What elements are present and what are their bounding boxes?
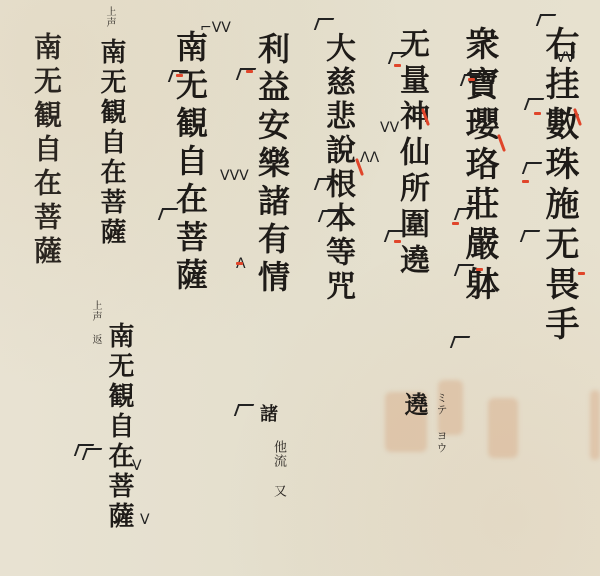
zigzag-mark: ᐯ xyxy=(140,512,150,528)
red-okoto-dot xyxy=(236,262,243,265)
sutra-column-1: 右挂數珠施无畏手 xyxy=(542,26,576,346)
column-3-tail-char: 遶 xyxy=(402,392,426,422)
red-okoto-dot xyxy=(522,180,529,183)
red-okoto-dot xyxy=(578,272,585,275)
zigzag-mark: ᐯ xyxy=(132,458,142,474)
red-okoto-dot xyxy=(394,64,401,67)
zigzag-mark: ᐯᐯᐯ xyxy=(220,168,249,184)
sutra-column-5: 利益安樂諸有情 xyxy=(256,32,288,298)
water-stain xyxy=(488,398,518,458)
manuscript-paper xyxy=(0,0,600,576)
column-7b-prefix: 上声 返 xyxy=(90,300,100,345)
red-okoto-dot xyxy=(468,78,475,81)
sutra-column-4: 大慈悲說根本等咒 xyxy=(322,32,352,304)
sutra-column-7b: 南无観自在菩薩 xyxy=(106,322,132,532)
zigzag-mark: ᐯᐯ xyxy=(556,50,575,66)
zigzag-mark: ᐱᐱ xyxy=(360,150,379,166)
red-okoto-dot xyxy=(534,112,541,115)
sutra-column-7a: 南无観自在菩薩 xyxy=(98,38,124,248)
red-okoto-dot xyxy=(452,222,459,225)
water-stain xyxy=(590,390,600,460)
red-okoto-dot xyxy=(476,268,483,271)
red-okoto-dot xyxy=(394,240,401,243)
zigzag-mark: ᐯᐯ xyxy=(380,120,399,136)
zigzag-mark: ⌐ᐯᐯ xyxy=(200,20,231,36)
column-5-tail-char: 諸 xyxy=(258,404,276,428)
red-okoto-dot xyxy=(176,74,183,77)
column-3-tail-gloss: ミテ ヨウ xyxy=(436,392,447,454)
sutra-column-8: 南无観自在菩薩 xyxy=(32,32,60,270)
red-okoto-dot xyxy=(246,70,253,73)
column-7a-prefix: 上声 xyxy=(104,6,114,28)
column-5-tail-gloss: 他流 又 xyxy=(272,440,285,498)
